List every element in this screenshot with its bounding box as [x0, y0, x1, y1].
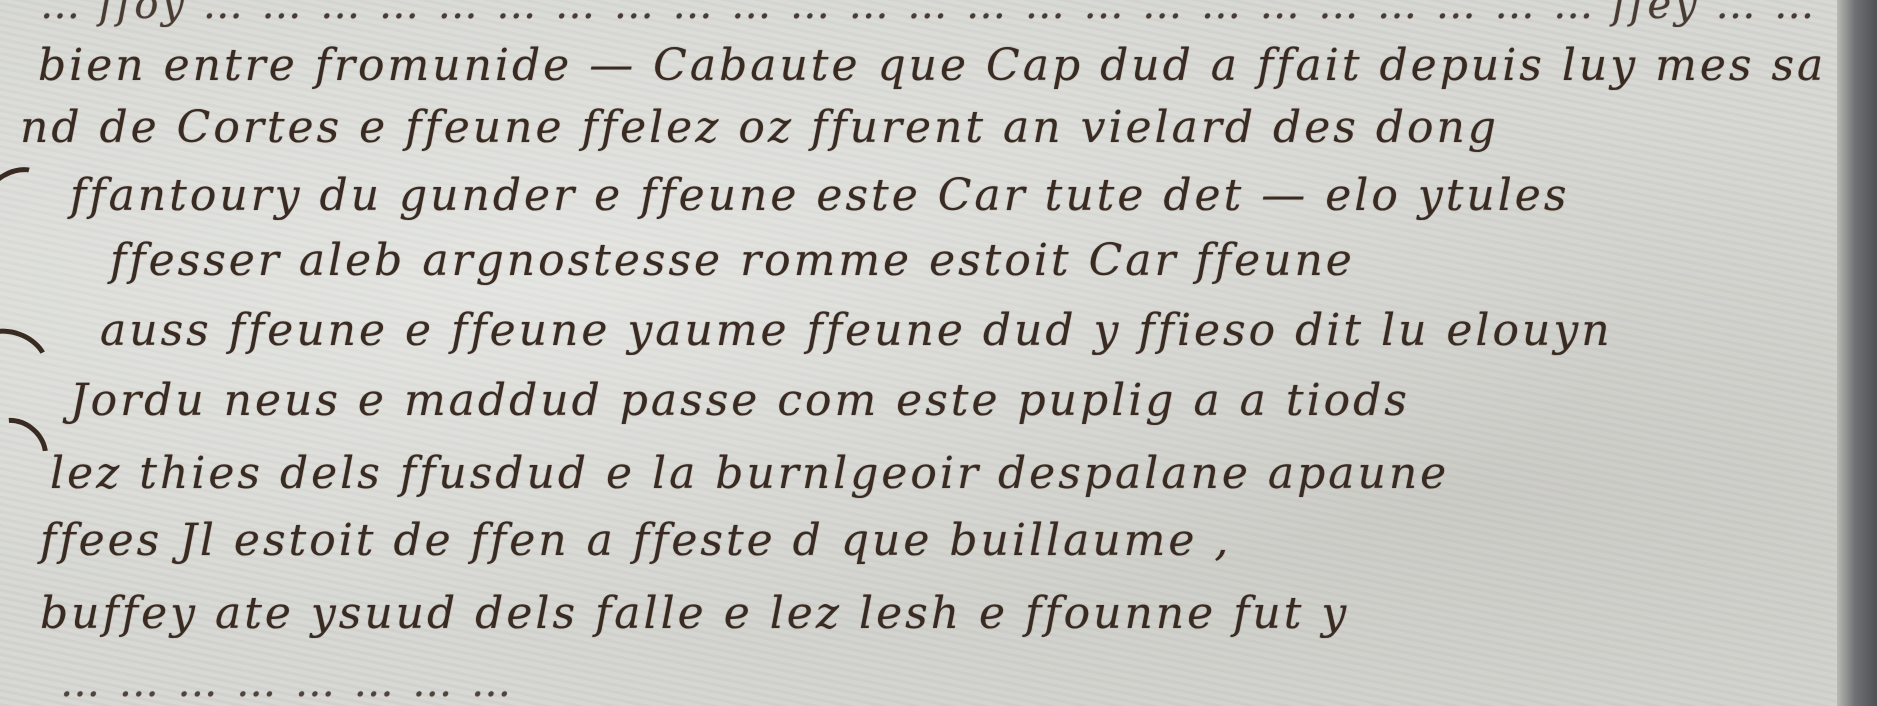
text-line: ffesser aleb argnostesse romme estoit Ca…	[110, 235, 1355, 286]
text-line: auss ffeune e ffeune yaume ffeune dud y …	[100, 305, 1613, 356]
text-line: … ffoy … … … … … … … … … … … … … … … … ……	[40, 0, 1817, 28]
text-line: ffees Jl estoit de ffen a ffeste d que b…	[40, 515, 1231, 566]
page-edge-shadow	[1837, 0, 1877, 706]
text-line: lez thies dels ffusdud e la burnlgeoir d…	[50, 448, 1449, 499]
manuscript-page: … ffoy … … … … … … … … … … … … … … … … ……	[0, 0, 1845, 706]
margin-flourish	[0, 156, 58, 234]
text-line: Jordu neus e maddud passe com este pupli…	[70, 375, 1410, 426]
margin-flourish	[0, 318, 58, 402]
text-line: bien entre fromunide — Cabaute que Cap d…	[38, 40, 1877, 91]
text-line: buffey ate ysuud dels falle e lez lesh e…	[40, 588, 1349, 639]
text-line: … … … … … … … …	[60, 660, 514, 706]
text-line: ffantoury du gunder e ffeune este Car tu…	[70, 170, 1569, 221]
text-line: nd de Cortes e ffeune ffelez oz ffurent …	[20, 102, 1499, 153]
